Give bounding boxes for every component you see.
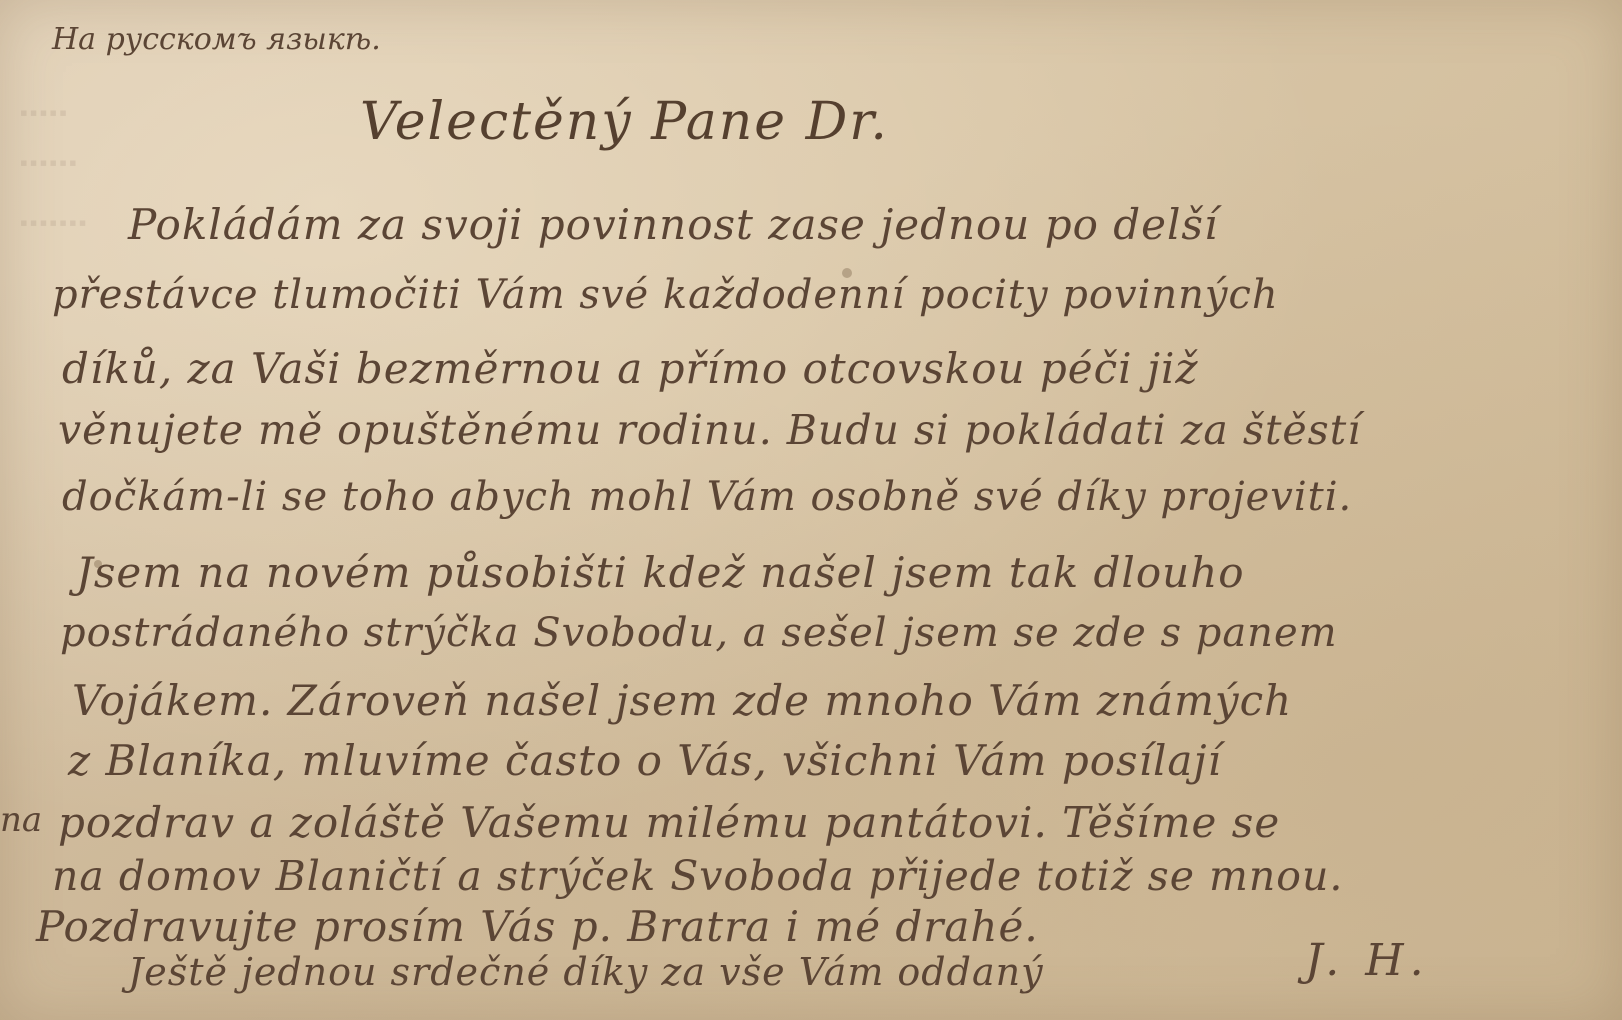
letter-line-2: přestávce tlumočiti Vám své každodenní p… bbox=[52, 272, 1279, 318]
letter-line-13: Ještě jednou srdečné díky za vše Vám odd… bbox=[128, 950, 1044, 994]
letter-paper: ▪▪▪▪▪ ▪▪▪▪▪▪ ▪▪▪▪▪▪▪ На русскомъ языкѣ. … bbox=[0, 0, 1622, 1020]
letter-line-1: Pokládám za svoji povinnost zase jednou … bbox=[128, 200, 1218, 249]
letter-line-5: dočkám-li se toho abych mohl Vám osobně … bbox=[62, 474, 1352, 520]
salutation: Velectěný Pane Dr. bbox=[360, 92, 889, 152]
faint-showthrough-text: ▪▪▪▪▪▪ bbox=[20, 150, 79, 176]
letter-line-12: Pozdravujte prosím Vás p. Bratra i mé dr… bbox=[36, 902, 1039, 951]
letter-line-6: Jsem na novém působišti kdež našel jsem … bbox=[76, 548, 1245, 597]
faint-showthrough-text: ▪▪▪▪▪▪▪ bbox=[20, 210, 89, 236]
faint-showthrough-text: ▪▪▪▪▪ bbox=[20, 100, 69, 126]
letter-line-4: věnujete mě opuštěnému rodinu. Budu si p… bbox=[58, 406, 1361, 454]
header-note: На русскомъ языкѣ. bbox=[52, 22, 381, 57]
letter-line-7: postrádaného strýčka Svobodu, a sešel js… bbox=[60, 610, 1338, 656]
signature: J. H. bbox=[1305, 935, 1430, 986]
letter-line-9: z Blaníka, mluvíme často o Vás, všichni … bbox=[68, 736, 1222, 785]
letter-line-8: Vojákem. Zároveň našel jsem zde mnoho Vá… bbox=[72, 676, 1292, 725]
letter-line-11: na domov Blaničtí a strýček Svoboda přij… bbox=[52, 852, 1343, 900]
letter-line-3: díků, za Vaši bezměrnou a přímo otcovsko… bbox=[62, 344, 1199, 393]
margin-mark: na bbox=[0, 800, 42, 840]
letter-line-10: pozdrav a zoláště Vašemu milému pantátov… bbox=[58, 798, 1280, 847]
